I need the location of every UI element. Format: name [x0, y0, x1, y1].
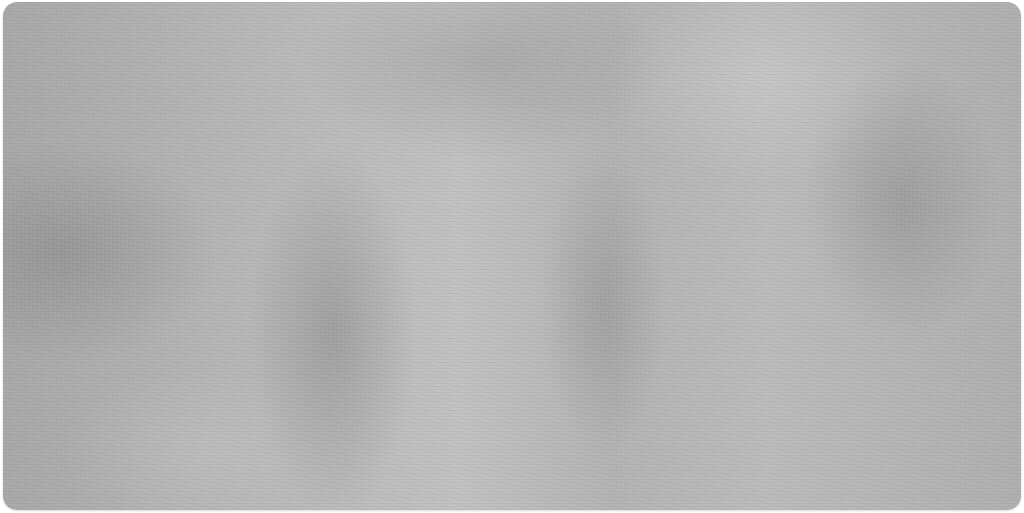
concrete-texture-panel: [3, 2, 1021, 510]
texture-grain: [3, 2, 1021, 510]
